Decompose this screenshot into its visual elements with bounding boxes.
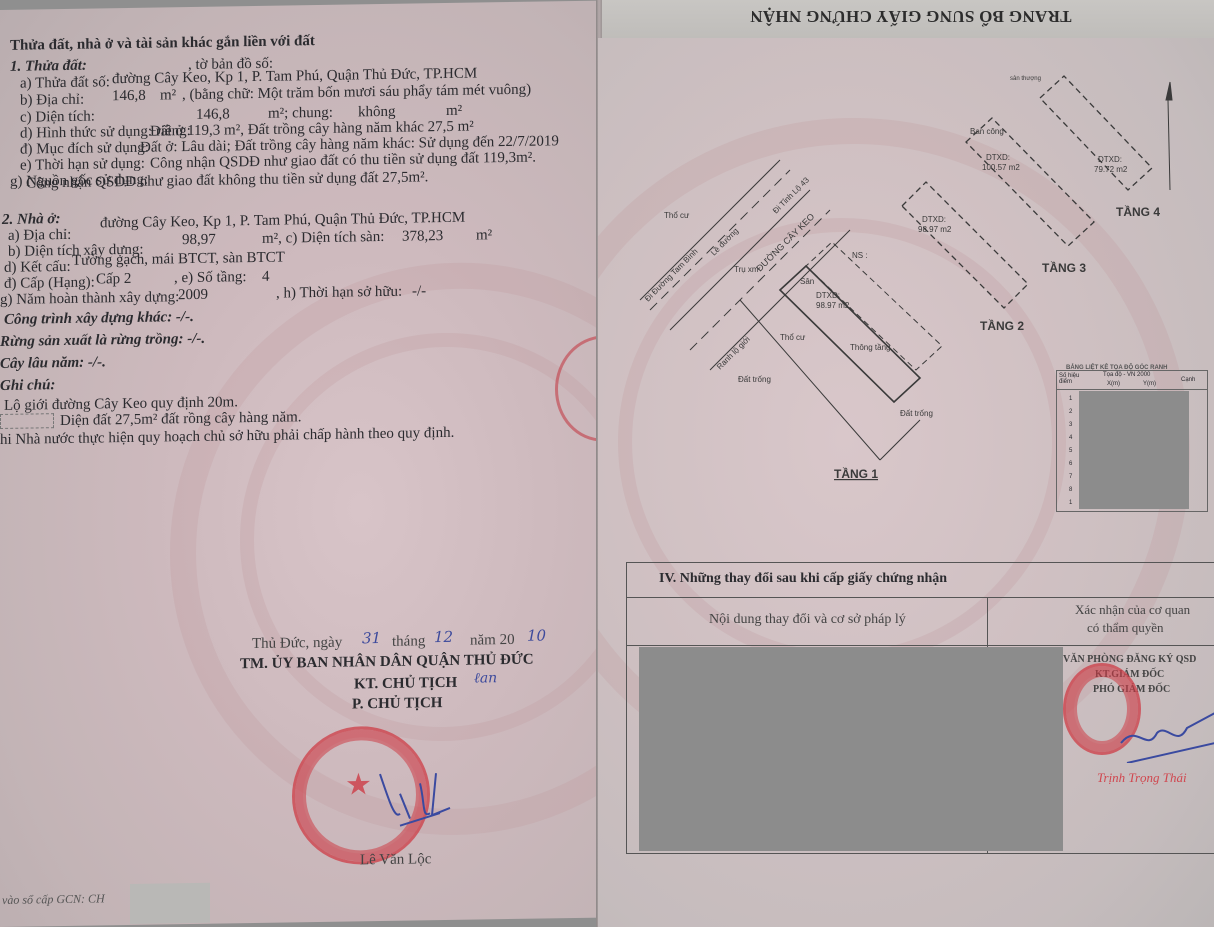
date-day: 31 [362, 630, 381, 647]
changes-table: IV. Những thay đổi sau khi cấp giấy chứn… [626, 562, 1214, 854]
changes-table-subheader: Nội dung thay đổi và cơ sở pháp lý Xác n… [627, 597, 1214, 646]
stamp-fragment [0, 413, 54, 429]
col-content: Nội dung thay đổi và cơ sở pháp lý [709, 611, 906, 628]
floor4-area: 79.72 m2 [1094, 165, 1128, 174]
initials: ℓan [474, 670, 497, 687]
usage-form-common: không [358, 104, 396, 122]
signature [370, 763, 460, 834]
coord-row-number: 5 [1069, 445, 1072, 458]
label-di-duong-tam-binh: Đi Đường Tam Bình [643, 247, 700, 304]
label-dat-trong: Đất trống [738, 375, 771, 384]
land-heading: 1. Thửa đất: [10, 58, 87, 76]
floor1-area: 98.97 m2 [816, 301, 850, 310]
year-label-sign: năm 20 [470, 632, 515, 650]
floor-area-unit: m² [476, 227, 492, 244]
structure-value: Tường gạch, mái BTCT, sàn BTCT [72, 250, 285, 270]
floor3-area: 100.57 m2 [982, 163, 1020, 172]
usage-form-private: 146,8 [196, 106, 230, 124]
partial-stamp [555, 335, 600, 443]
authority-line-2: KT. CHỦ TỊCH [354, 675, 457, 694]
coord-row-number: 1 [1069, 393, 1072, 406]
forest: Rừng sản xuất là rừng trồng: -/-. [0, 331, 205, 351]
star-icon: ★ [345, 767, 372, 802]
year-value: 2009 [178, 287, 208, 304]
floor4-title: TẦNG 4 [1116, 204, 1160, 219]
floor-area-label: m², c) Diện tích sàn: [262, 229, 384, 248]
supplement-page-title: TRANG BỔ SUNG GIẤY CHỨNG NHẬN [750, 6, 1071, 26]
build-area-value: 98,97 [182, 232, 216, 250]
coord-row-number: 8 [1069, 484, 1072, 497]
registry-number-label: vào sổ cấp GCN: CH [2, 890, 105, 909]
floor3-title: TẦNG 3 [1042, 260, 1086, 275]
coord-row-number: 1 [1069, 497, 1072, 510]
date-year: 10 [527, 627, 546, 644]
coord-table-header: Số hiệu điểm Tọa độ - VN 2000 X(m) Y(m) … [1057, 371, 1207, 390]
other-works: Công trình xây dựng khác: -/-. [4, 309, 194, 329]
label-thong-tang: Thông tầng [850, 343, 890, 352]
floor2-title: TẦNG 2 [980, 318, 1024, 333]
label-tho-cu-2: Thổ cư [780, 333, 806, 342]
col-y: Y(m) [1143, 381, 1156, 387]
place-date-prefix: Thủ Đức, ngày [252, 635, 342, 653]
col-point: Số hiệu điểm [1059, 373, 1083, 385]
perennial: Cây lâu năm: -/-. [0, 354, 106, 373]
coord-row-number: 4 [1069, 432, 1072, 445]
label-dat-trong-2: Đất trống [900, 409, 933, 418]
section-title: Thửa đất, nhà ở và tài sản khác gắn liền… [10, 33, 315, 55]
changes-table-header: IV. Những thay đổi sau khi cấp giấy chứn… [627, 563, 1214, 598]
authority-line-3: P. CHỦ TỊCH [352, 695, 442, 713]
col-edge: Cạnh [1181, 377, 1195, 383]
label-tru-xm: Trụ xm [734, 265, 759, 274]
area-value: 146,8 [112, 88, 146, 106]
coord-row-number: 6 [1069, 458, 1072, 471]
floors-label: , e) Số tầng: [174, 269, 247, 287]
label-ban-cong: Ban công [970, 127, 1004, 136]
redacted-changes-content [639, 647, 1063, 851]
area-unit: m² [160, 87, 176, 104]
coord-row-number: 7 [1069, 471, 1072, 484]
redacted-registry-number [130, 883, 210, 924]
floor1-title: TẦNG 1 [834, 466, 878, 481]
left-page: Thửa đất, nhà ở và tài sản khác gắn liền… [0, 1, 600, 927]
col-confirm-2: có thẩm quyền [1087, 619, 1164, 636]
label-san: Sân [800, 277, 814, 286]
notes-heading: Ghi chú: [0, 377, 55, 395]
floor-area-value: 378,23 [402, 228, 443, 246]
coord-row-number: 2 [1069, 406, 1072, 419]
signer-name: Lê Văn Lộc [360, 851, 431, 869]
land-address-label: b) Địa chỉ: [20, 92, 84, 110]
coord-row-number: 3 [1069, 419, 1072, 432]
floor2-area: 98.97 m2 [918, 225, 952, 234]
ownership-label: , h) Thời hạn sở hữu: [276, 284, 402, 303]
label-ranh-lo-gioi: Ranh lộ giới [715, 334, 752, 371]
office-signature [1117, 703, 1214, 763]
label-tho-cu: Thổ cư [664, 211, 690, 220]
coordinate-table: Số hiệu điểm Tọa độ - VN 2000 X(m) Y(m) … [1056, 370, 1208, 512]
ownership-value: -/- [412, 283, 426, 300]
col-x: X(m) [1107, 381, 1120, 387]
label-dtxd-4: DTXD: [1098, 155, 1122, 164]
date-month: 12 [434, 629, 453, 646]
office-signer: Trịnh Trọng Thái [1097, 769, 1187, 786]
label-le-duong: Lề đường [709, 226, 740, 257]
label-san-thuong: sân thượng [1010, 76, 1041, 82]
label-dtxd-1: DTXD: [816, 291, 840, 300]
changes-table-title: IV. Những thay đổi sau khi cấp giấy chứn… [659, 570, 947, 587]
label-duong-cay-keo: ĐƯỜNG CÂY KEO [754, 211, 816, 273]
label-dtxd-3: DTXD: [986, 153, 1010, 162]
label-dtxd-2: DTXD: [922, 215, 946, 224]
col-confirm-1: Xác nhận của cơ quan [1075, 601, 1190, 618]
label-ns: NS : [852, 251, 868, 260]
col-coord: Tọa độ - VN 2000 [1103, 372, 1150, 378]
grade-value: Cấp 2 [96, 271, 131, 289]
parcel-label: a) Thửa đất số: [20, 74, 110, 92]
usage-form-unit: m² [446, 103, 462, 120]
year-label: g) Năm hoàn thành xây dựng: [0, 289, 179, 309]
coord-row-numbers: 123456781 [1069, 393, 1072, 510]
floors-value: 4 [262, 269, 270, 286]
month-label: tháng [392, 633, 425, 651]
redacted-coordinates [1079, 391, 1189, 509]
